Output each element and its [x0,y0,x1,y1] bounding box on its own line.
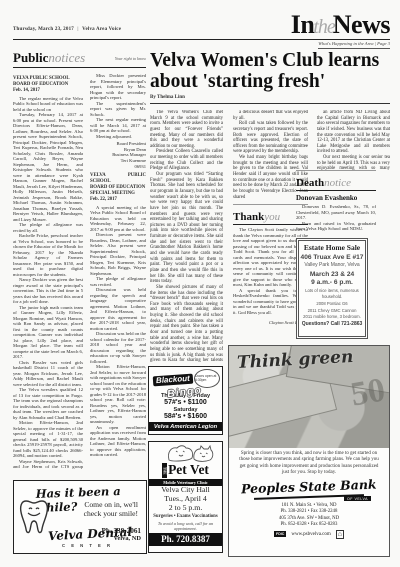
estate-sale-items: Lots of nice items, numerous household.2… [300,288,364,320]
byline-rule [150,103,390,104]
pet-vet-name: Pet Vet [168,463,209,478]
thank-you-title-italic: you [264,211,280,223]
bank-phone-minot: Ph. 852-0328 • Fax 852-0283 [229,522,389,528]
masthead-tagline: What's Happening in the Area | Page 3 [318,41,390,49]
masthead-in: In [291,10,315,39]
notice-2-body: A special meeting of the Velva Public Sc… [90,205,146,459]
dental-phone-number: Ph. 338-2061 [101,527,141,535]
dateline-separator: | [77,27,78,32]
masthead: IntheNews [291,12,390,38]
bingo-word-blackout: Blackout [153,374,193,387]
pet-vet-logo: THE Pet Vet [149,463,222,478]
estate-sale-location: Valley Park Manor, Velva [300,262,364,268]
pet-vet-time: 2 to 5 p.m. [149,504,222,513]
dateline-date: Thursday, March 23, 2017 [13,27,74,32]
article-column-3: an article from ND Living about the Capi… [317,110,390,170]
dental-ad: Has it been a while? Come on in, we'll c… [13,480,147,554]
public-notices-heading: Publicnotices Your right to know [13,50,146,68]
tooth-icon [19,499,49,540]
bank-website: www.psbvelva.com [291,532,330,537]
bingo-ad: Blackout Bingo Doors open at 6:30pm Thur… [148,366,223,435]
estate-sale-address: 406 Truax Ave E #17 [300,254,364,261]
public-notices-title-bold: Public [13,50,48,65]
estate-sale-dates: March 23 & 24 [300,271,364,279]
public-notice-column-1: VELVA PUBLIC SCHOOLBOARD OF EDUCATIONFeb… [13,73,83,471]
article-byline: By Thelma Linn [150,95,185,100]
public-notices-tagline: Your right to know [115,57,146,61]
bingo-venue: Velva American Legion [149,422,222,431]
pet-vet-note: To avoid a long wait, call for an appoin… [149,521,222,531]
header-rule [13,39,390,40]
pet-vet-ad: THE Pet Vet Mobile Veterinary Clinic Vel… [148,441,223,553]
bank-name-sub: OF VELVA [344,496,371,501]
article-column-1: The Velva Women's Club met March 9 at th… [150,110,223,362]
bingo-logo: Blackout Bingo Doors open at 6:30pm [149,367,222,393]
pet-vet-phone: Ph. 720.8387 [149,533,222,546]
deceased-name: Donovan Evashenko [296,194,376,202]
death-notice-title-italic: notice [324,177,351,189]
death-notice-heading: Deathnotice [296,174,376,191]
fifty-numeral: 50 [348,371,388,414]
notice-2-heading: VELVA PUBLIC SCHOOLBOARD OF EDUCATIONSPE… [90,173,146,203]
notice-1-signoff: Board PresidentBryan DeanBusiness Manage… [90,141,146,170]
bingo-prize-2: 58#'s • $1600 [149,413,222,420]
dental-subtext-line2: check your smile! [84,510,138,519]
paper-name: Velva Area Voice [82,27,121,32]
thank-you-title-bold: Thank [233,211,264,223]
death-notice-title-bold: Death [296,177,324,189]
public-notices-title-italic: notices [48,50,85,65]
article-headline: Velva Women's Club learns about 'startin… [150,50,392,92]
bank-logo: Peoples State Bank OF VELVA [229,478,389,498]
death-notice-section: Deathnotice Donovan Evashenko Donovan D.… [296,170,376,238]
estate-sale-title: Estate Home Sale [300,243,364,252]
notice-1-body: The regular meeting of the Velva Public … [13,96,83,471]
notice-1-heading: VELVA PUBLIC SCHOOLBOARD OF EDUCATIONFeb… [13,76,83,94]
masthead-the: the [313,16,334,38]
bank-addresses: 101 N. Main St. • Velva, ND Ph. 338-2821… [229,503,389,529]
dental-brand-center: C E N T E R [62,543,113,548]
bingo-prize-1: 57#'s • $1100 [149,399,222,406]
bank-ad: 50 Think green Spring is closer than you… [228,345,390,557]
estate-sale-contact: Questions? Call 721-2863 [300,321,364,327]
public-notice-column-2: Miss Dockter presented the Elementary pr… [90,73,146,459]
notice-1-body-continued: Miss Dockter presented the Elementary pr… [90,73,146,139]
masthead-news: News [333,10,390,39]
fdic-badge: FDIC [274,531,286,537]
death-notice-body: Donovan D. Evashenko, Sr., 78, of Cheste… [296,204,376,238]
money-photo: 50 Think green [229,346,389,448]
doors-open-bubble: Doors open at 6:30pm [194,369,220,388]
pet-vet-the-label: THE [162,463,167,478]
estate-sale-ad: Estate Home Sale 406 Truax Ave E #17 Val… [296,238,368,339]
dental-subtext: Come on in, we'll check your smile! [84,501,138,518]
newspaper-page: Thursday, March 23, 2017 | Velva Area Vo… [0,0,400,567]
cat-and-dog-illustration [149,443,222,463]
dental-city: Velva, ND [101,535,141,542]
pet-vet-services: Surgeries • Exams Vaccinations [149,514,222,520]
dateline: Thursday, March 23, 2017 | Velva Area Vo… [13,27,121,32]
dental-contact: Ph. 338-2061 Velva, ND [101,527,141,542]
equal-housing-icon: ⌂ [336,530,344,539]
estate-sale-times: 9 a.m.- 6 p.m. [300,279,364,287]
bank-ad-body: Spring is closer than you think, and now… [229,448,389,477]
